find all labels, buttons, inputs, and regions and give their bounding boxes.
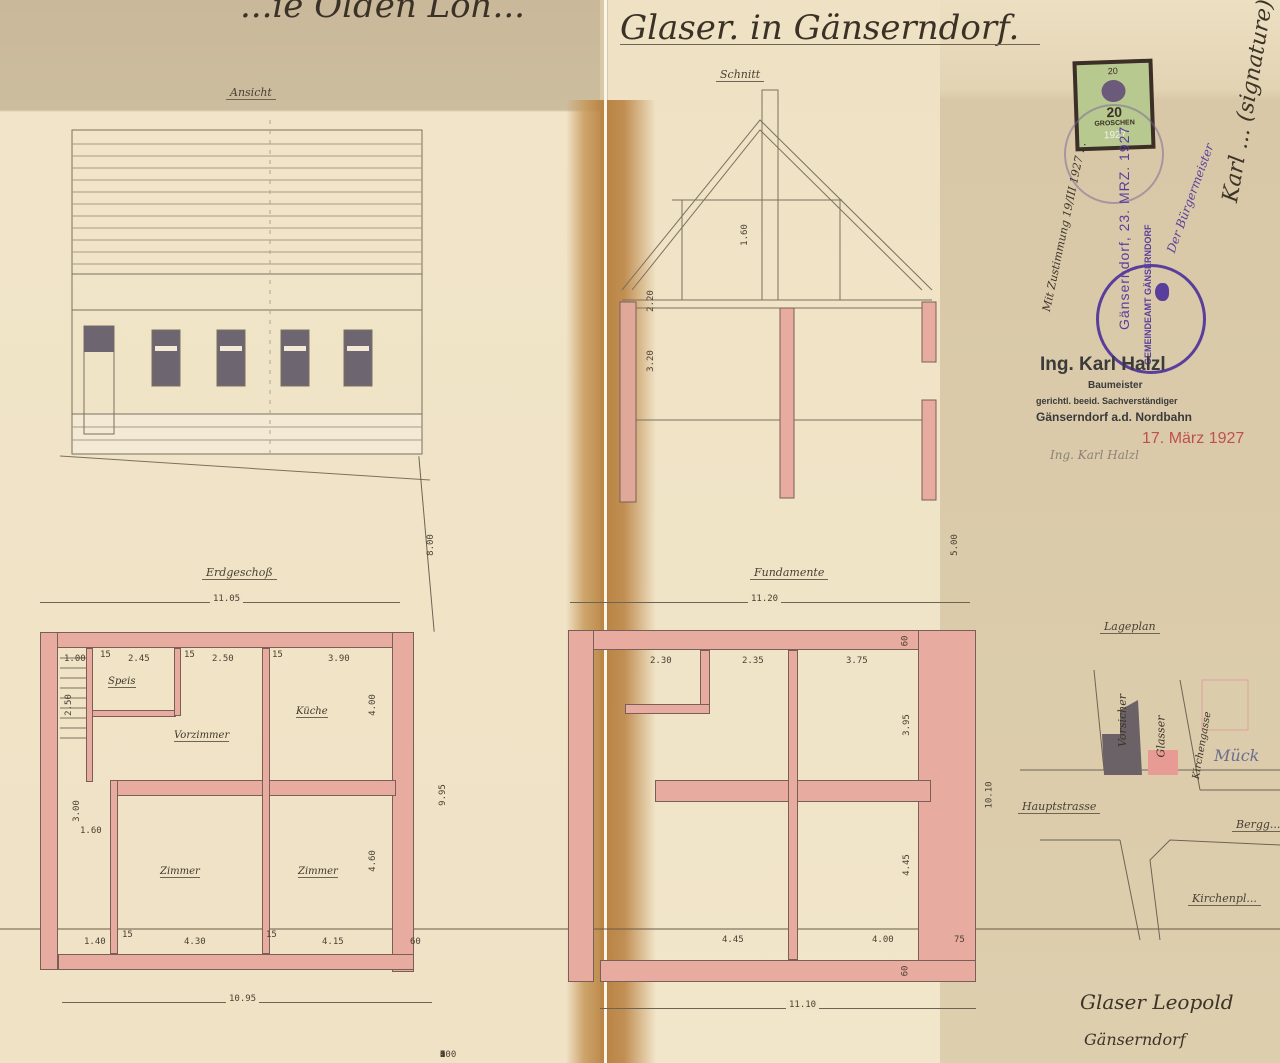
engineer-name: Ing. Karl Halzl — [1040, 354, 1166, 376]
scale-bar: 100 0 1 2 3 4 5 6 7 — [440, 1050, 820, 1062]
title-underline — [620, 44, 1040, 45]
street-hauptstrasse: Hauptstrasse — [1018, 800, 1100, 814]
gf-wall-pantry-right — [174, 648, 181, 716]
fd-wall-pantry — [700, 650, 710, 710]
room-kueche: Küche — [296, 706, 328, 718]
gf-bottom-dim-3: 4.30 — [184, 937, 206, 947]
gf-bottom-dim-5: 4.15 — [322, 937, 344, 947]
gf-v-dim-kitchen: 4.00 — [368, 694, 378, 716]
gf-wall-stair — [110, 780, 118, 954]
gf-top-dim-7: 3.90 — [328, 654, 350, 664]
gf-wall-middle — [116, 780, 396, 796]
center-fold — [604, 0, 607, 1063]
fd-overall-width: 11.20 — [748, 594, 781, 604]
gf-top-dim-5: 2.50 — [212, 654, 234, 664]
goose-emblem-icon — [1155, 283, 1169, 301]
fd-wall-pantry-bottom — [625, 704, 710, 714]
engineer-qualification: gerichtl. beeid. Sachverständiger — [1036, 396, 1178, 406]
owner-signature: Glaser Leopold — [1080, 990, 1234, 1014]
engineer-signature: Ing. Karl Halzl — [1050, 448, 1139, 462]
title-fragment-right: Glaser. in Gänserndorf. — [620, 8, 1019, 48]
site-plan-label: Lageplan — [1100, 620, 1160, 634]
section-dim-2: 3.20 — [646, 350, 656, 372]
section-label: Schnitt — [716, 68, 764, 82]
received-stamp: Gänserndorf, 23. MRZ. 1927 — [1116, 126, 1132, 330]
engineer-location: Gänserndorf a.d. Nordbahn — [1036, 410, 1192, 424]
street-kirchenplatz: Kirchenpl... — [1188, 892, 1261, 906]
room-zimmer-1: Zimmer — [160, 866, 200, 878]
site-neighbor-mueck: Mück — [1214, 746, 1259, 765]
tax-stamp-value-top: 20 — [1077, 65, 1149, 78]
eagle-emblem-icon — [1101, 80, 1126, 103]
fd-v-dim-4: 60 — [900, 966, 910, 977]
engineer-date: 17. März 1927 — [1142, 430, 1244, 448]
gf-v-dim-room: 4.60 — [368, 850, 378, 872]
gf-top-dim-2: 15 — [100, 650, 111, 660]
gf-yard-depth: 8.00 — [426, 534, 436, 556]
room-zimmer-2: Zimmer — [298, 866, 338, 878]
gf-bottom-dim-6: 60 — [410, 937, 421, 947]
fd-overall-bottom: 11.10 — [786, 1000, 819, 1010]
gf-side-depth: 9.95 — [438, 784, 448, 806]
gf-v-dim-hall: 3.00 — [72, 800, 82, 822]
fd-bottom-dim-3: 75 — [954, 935, 965, 945]
engineer-title: Baumeister — [1088, 380, 1142, 391]
fd-wall-left — [568, 630, 594, 982]
scale-tick: 7 — [440, 1050, 445, 1060]
fd-wall-right — [918, 630, 976, 982]
gf-wall-pantry-left — [86, 648, 93, 782]
site-neighbor-label: Vorsicher — [1116, 694, 1129, 747]
gf-overall-width: 11.05 — [210, 594, 243, 604]
municipal-seal-text: GEMEINDEAMT GÄNSERNDORF — [1143, 224, 1153, 365]
fd-top-dim-1: 2.30 — [650, 656, 672, 666]
owner-place: Gänserndorf — [1084, 1030, 1186, 1049]
fd-v-dim-2: 4.45 — [902, 854, 912, 876]
gf-wall-top — [40, 632, 410, 648]
foundation-label: Fundamente — [750, 566, 828, 580]
fd-v-dim-3: 60 — [900, 636, 910, 647]
room-vorzimmer: Vorzimmer — [174, 730, 229, 742]
section-drawing — [612, 90, 952, 510]
fd-bottom-dim-1: 4.45 — [722, 935, 744, 945]
gf-wall-bottom — [58, 954, 414, 970]
gf-wall-pantry — [86, 710, 176, 717]
gf-bottom-dim-2: 15 — [122, 930, 133, 940]
elevation-drawing — [60, 120, 440, 500]
gf-overall-bottom: 10.95 — [226, 994, 259, 1004]
gf-bottom-dim-1: 1.40 — [84, 937, 106, 947]
street-berggasse: Bergg... — [1232, 818, 1280, 832]
gf-top-dim-1: 1.00 — [64, 654, 86, 664]
title-fragment-left: ...ie Olden Loh... — [240, 0, 525, 26]
gf-bottom-dim-4: 15 — [266, 930, 277, 940]
fd-top-dim-3: 3.75 — [846, 656, 868, 666]
gf-wall-left — [40, 632, 58, 970]
fd-wall-top — [568, 630, 932, 650]
gf-top-dim-6: 15 — [272, 650, 283, 660]
elevation-label: Ansicht — [226, 86, 276, 100]
gf-top-dim-4: 15 — [184, 650, 195, 660]
fd-top-dim-2: 2.35 — [742, 656, 764, 666]
gf-wall-center — [262, 648, 270, 954]
fd-wall-bottom — [600, 960, 976, 982]
section-dim-1: 2.20 — [646, 290, 656, 312]
fd-wall-center — [788, 650, 798, 960]
gf-wall-right — [392, 632, 414, 972]
site-owner-label: Glasser — [1154, 716, 1167, 758]
gf-top-dim-3: 2.45 — [128, 654, 150, 664]
gf-v-dim-landing: 1.60 — [80, 826, 102, 836]
section-dim-3: 1.60 — [740, 224, 750, 246]
gf-v-dim-stairs: 2.50 — [64, 694, 74, 716]
fd-side-depth: 10.10 — [985, 781, 995, 808]
fd-yard-depth: 5.00 — [950, 534, 960, 556]
fd-bottom-dim-2: 4.00 — [872, 935, 894, 945]
fd-v-dim-1: 3.95 — [902, 714, 912, 736]
ground-floor-label: Erdgeschoß — [202, 566, 277, 580]
room-speis: Speis — [108, 676, 136, 688]
